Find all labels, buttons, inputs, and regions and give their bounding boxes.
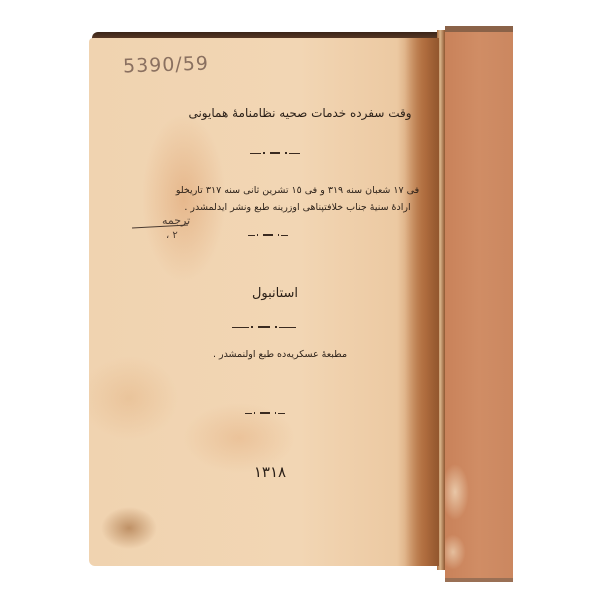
document-title: وقت سفرده خدمات صحيه نظامنامهٔ همايونى bbox=[160, 106, 440, 120]
city-name: استانبول bbox=[200, 286, 350, 301]
publication-year: ١٣١٨ bbox=[220, 463, 320, 481]
handwritten-note-bottom: ٢ ، bbox=[166, 230, 178, 241]
ornamental-divider bbox=[250, 152, 300, 154]
pencil-shelfmark: 5390/59 bbox=[123, 53, 210, 78]
book-cover-board bbox=[445, 26, 513, 582]
handwritten-annotation: ترجمه ٢ ، bbox=[132, 214, 192, 244]
decree-line-1: فى ١٧ شعبان سنه ٣١٩ و فى ١٥ تشرين ثانى س… bbox=[165, 182, 430, 199]
decree-line-2: ارادهٔ سنيهٔ جناب خلافتپناهى اوزرينه طبع… bbox=[165, 199, 430, 216]
printing-press: مطبعهٔ عسكريه‌ده طبع اولنمشدر . bbox=[180, 349, 380, 360]
ornamental-divider bbox=[245, 412, 285, 414]
book-photo: 5390/59 وقت سفرده خدمات صحيه نظامنامهٔ ه… bbox=[0, 0, 600, 600]
ornamental-divider bbox=[232, 326, 296, 328]
ornamental-divider bbox=[248, 234, 288, 236]
decree-text: فى ١٧ شعبان سنه ٣١٩ و فى ١٥ تشرين ثانى س… bbox=[165, 182, 430, 216]
